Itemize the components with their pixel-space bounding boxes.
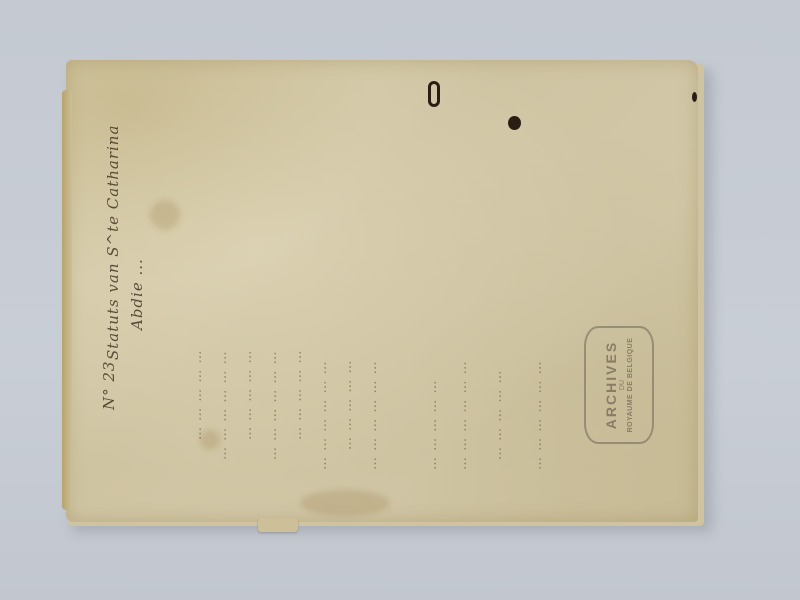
- text-line: … … … … …: [490, 369, 505, 460]
- page-left-edge: [62, 90, 72, 510]
- text-line: … … … … … …: [365, 360, 380, 470]
- text-line: … … … … …: [290, 349, 305, 440]
- binding-thread: [258, 518, 298, 532]
- annotation-title: Statuts van S^te Catharina: [104, 125, 122, 360]
- annotation-number: N° 23: [100, 361, 118, 410]
- text-line: … … … … …: [340, 359, 355, 450]
- archives-stamp: ARCHIVES DU ROYAUME DE BELGIQUE: [584, 326, 654, 444]
- text-line: … … … … … …: [530, 360, 545, 470]
- text-line: … … … … … …: [215, 350, 230, 460]
- text-line: … … … … …: [240, 349, 255, 440]
- text-line: … … … … …: [425, 379, 440, 470]
- stamp-mid: DU: [619, 338, 627, 433]
- text-line: … … … … … …: [265, 350, 280, 460]
- worm-hole-icon: [692, 92, 697, 102]
- worm-hole-icon: [428, 81, 440, 107]
- text-line: … … … … … …: [455, 360, 470, 470]
- stamp-subtitle: ROYAUME DE BELGIQUE: [627, 338, 635, 433]
- worm-hole-icon: [508, 116, 521, 130]
- text-line: … … … … … …: [315, 360, 330, 470]
- stamp-title: ARCHIVES: [603, 338, 619, 433]
- text-line: … … … … …: [190, 349, 205, 440]
- manuscript-page: [66, 60, 698, 522]
- stain: [300, 490, 390, 516]
- annotation-second-line: Abdie ...: [128, 258, 146, 330]
- stain: [150, 200, 180, 230]
